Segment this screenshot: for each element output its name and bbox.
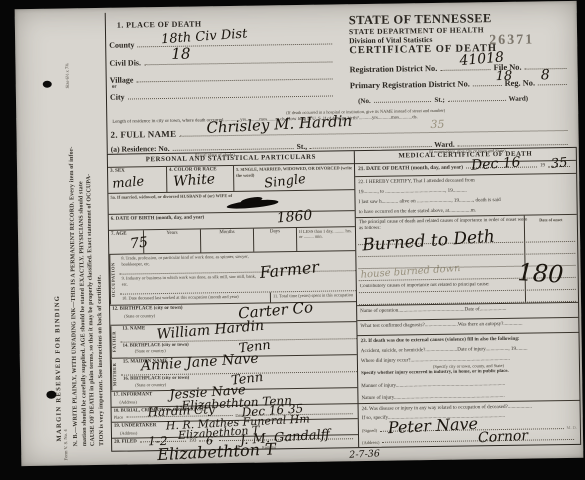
certificate-card: Size 6½ x 7¾ MARGIN RESERVED FOR BINDING… — [15, 1, 584, 466]
certify-line-3: I last saw h............. alive on .....… — [358, 196, 573, 205]
total-time-label: 11. Total time (years) spent in this occ… — [273, 293, 354, 299]
primary-registration-label: Primary Registration District No. — [350, 79, 470, 90]
residence-ward-fill — [458, 142, 568, 147]
sex-handwritten-value: male — [112, 176, 145, 192]
place-of-death-heading: 1. PLACE OF DEATH — [117, 19, 202, 29]
village-fill-line — [136, 76, 332, 82]
registration-district-label: Registration District No. — [350, 64, 438, 74]
father-side-label: FATHER — [110, 326, 120, 359]
bottom-handwritten-date: 2-7-36 — [349, 449, 380, 460]
operation-line: Name of operation.......................… — [360, 305, 575, 314]
trade-label: 8. Trade, profession, or particular kind… — [121, 254, 259, 267]
header-section: 1. PLACE OF DEATH County 18th Civ Dist C… — [107, 8, 573, 154]
occupation-group: OCCUPATION 8. Trade, profession, or part… — [109, 252, 356, 306]
age-less-than-label: If LESS than 1 day, ......... hrs. or ..… — [299, 228, 353, 239]
signature-block: 24. Was disease or injury in any way rel… — [359, 401, 581, 447]
file-number-fill-line — [525, 66, 567, 70]
residence-st-label: St., — [297, 142, 308, 151]
occupation-related-line: 24. Was disease or injury in any way rel… — [362, 403, 577, 412]
primary-registration-fill-line — [473, 83, 502, 86]
certify-block: 22. I HEREBY CERTIFY, That I attended de… — [355, 174, 577, 219]
city-fill-line — [128, 93, 333, 99]
residence-no-fill — [173, 146, 294, 151]
certify-line-2: 19..........., to ......................… — [358, 186, 573, 195]
external-causes-line: 23. If death was due to external causes … — [361, 335, 576, 344]
file-number-label: File No. — [494, 63, 522, 72]
married-to-label: 5a. If married, widowed, or divorced HUS… — [108, 192, 262, 202]
contributory-label: Contributory causes of importance not re… — [360, 282, 518, 290]
scanned-death-certificate: { "margin": { "size_note": "Size 6½ x 7¾… — [0, 0, 585, 480]
accident-line: Accident, suicide, or homicide?.........… — [361, 345, 576, 354]
test-line: What test confirmed diagnosis?..........… — [360, 320, 575, 329]
date-of-death-year-fill — [548, 164, 570, 167]
manner-of-injury-line: Manner of injury........................… — [361, 380, 576, 389]
burial-date-fill — [247, 412, 353, 417]
cause-of-death-zone: The principal cause of death and related… — [356, 215, 578, 306]
margin-size-note: Size 6½ x 7¾ — [64, 63, 69, 88]
mother-side-label: MOTHER — [111, 359, 121, 391]
marital-label: 5. SINGLE, MARRIED, WIDOWED, OR DIVORCED… — [236, 166, 352, 178]
certify-line-4: to have occurred on the date stated abov… — [359, 206, 574, 215]
county-fill-line — [138, 41, 333, 47]
filed-registrar-fill — [219, 437, 353, 442]
nature-of-injury-line: Nature of injury........................… — [361, 392, 576, 401]
age-years-label: Years — [146, 230, 198, 237]
race-label: 4. COLOR OR RACE — [169, 167, 231, 174]
mother-maiden-label: 15. MAIDEN NAME — [123, 357, 355, 366]
burial-date-label: Date — [235, 413, 243, 418]
civil-district-fill-line — [144, 59, 332, 65]
filed-row: 20. FILED 193 1-2 6 J. M. Gandalff Regis… — [112, 435, 358, 451]
date-of-death-fill — [466, 165, 537, 169]
md-label: M. D. — [567, 425, 577, 430]
city-ward-label: Ward) — [509, 95, 529, 103]
address-fill — [382, 437, 574, 443]
city-st-label: St.; — [434, 96, 444, 104]
reg-number-fill-line — [538, 82, 567, 85]
residence-ward-label: Ward. — [434, 140, 455, 149]
margin-binding-note: MARGIN RESERVED FOR BINDING — [54, 295, 63, 442]
residence-st-fill — [310, 144, 431, 149]
reg-number-label: Reg. No. — [504, 78, 535, 87]
village-label: Village — [110, 75, 134, 84]
registration-district-fill-line — [440, 67, 490, 71]
date-of-death-year-printed: 19 — [540, 164, 545, 170]
industry-label: 9. Industry or business in which work wa… — [122, 274, 260, 287]
last-worked-label: 10. Date deceased last worked at this oc… — [122, 294, 268, 301]
county-label: County — [109, 40, 134, 49]
date-of-onset-label: Date of onset — [525, 215, 577, 223]
sex-label: 3. SEX — [110, 168, 164, 175]
medical-certificate-column: MEDICAL CERTIFICATE OF DEATH 21. DATE OF… — [355, 148, 580, 447]
filed-date-fill — [140, 439, 186, 443]
registrar-label: Registrar — [262, 445, 276, 450]
margin-nb-line3: CAUSE OF DEATH in plain terms, so that i… — [86, 174, 96, 446]
city-no-fill — [374, 99, 432, 103]
civil-district-label: Civil Dis. — [109, 58, 141, 67]
filed-label: 20. FILED — [114, 439, 137, 445]
city-no-paren: (No. — [358, 97, 371, 105]
external-causes-block: 23. If death was due to external causes … — [358, 333, 580, 405]
village-or-city-label: or — [112, 85, 117, 90]
city-st-fill — [448, 98, 506, 102]
date-of-birth-label: 6. DATE OF BIRTH (month, day, and year) — [109, 213, 273, 225]
certificate-title: CERTIFICATE OF DEATH — [349, 43, 497, 56]
father-name-label: 13. NAME — [122, 323, 354, 332]
age-months-label: Months — [203, 229, 251, 235]
occupation-side-label: OCCUPATION — [109, 255, 120, 305]
age-days-label: Days — [256, 229, 294, 235]
age-row: 7. AGE Years 75 Months Days If LESS than… — [109, 227, 355, 255]
personal-statistical-column: PERSONAL AND STATISTICAL PARTICULARS 3. … — [108, 151, 359, 451]
filed-year-fill — [199, 439, 213, 442]
civil-district-handwritten-value: 18 — [171, 47, 190, 62]
margin-nb-line4: TION is very important. See instructions… — [96, 275, 105, 446]
burial-place-label: Place — [114, 415, 124, 420]
age-label: 7. AGE — [111, 231, 141, 237]
punch-hole — [43, 81, 52, 88]
margin-form-number: Form V. S. No. 4 — [63, 429, 68, 460]
address-label: (Address) — [362, 440, 379, 446]
burial-place-fill — [126, 413, 232, 418]
signed-fill — [380, 426, 564, 432]
full-name-fill-line — [179, 128, 567, 137]
sex-race-marital-row: 3. SEX male 4. COLOR OR RACE White 5. SI… — [108, 165, 354, 194]
filed-year-printed: 193 — [189, 438, 197, 444]
mother-group: MOTHER 15. MAIDEN NAME Annie Jane Nave 1… — [111, 355, 357, 391]
full-name-label: 2. FULL NAME — [110, 129, 176, 140]
date-of-death-label: 21. DATE OF DEATH (month, day, and year) — [358, 164, 463, 172]
city-label: City — [110, 93, 125, 102]
particulars-table: PERSONAL AND STATISTICAL PARTICULARS 3. … — [107, 147, 581, 452]
certificate-stamp-number: 26371 — [489, 32, 534, 49]
if-so-specify-line: If so, specify..........................… — [362, 412, 577, 421]
signed-label: (Signed) — [362, 428, 377, 434]
certify-line-1: 22. I HEREBY CERTIFY, That I attended de… — [358, 176, 573, 185]
father-group: FATHER 13. NAME William Hardin 14. BIRTH… — [110, 322, 356, 359]
race-handwritten-value: White — [173, 173, 216, 190]
